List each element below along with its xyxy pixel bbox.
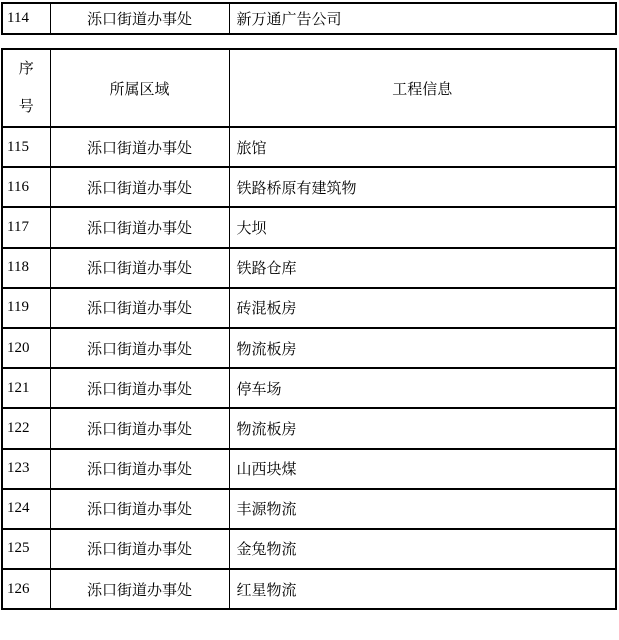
table-row: 120 泺口街道办事处 物流板房 <box>2 328 616 368</box>
info-cell: 物流板房 <box>229 408 616 448</box>
row-number-cell: 124 <box>2 489 50 529</box>
row-number-cell: 121 <box>2 368 50 408</box>
main-table-body: 115 泺口街道办事处 旅馆 116 泺口街道办事处 铁路桥原有建筑物 117 … <box>2 127 616 609</box>
info-cell: 铁路仓库 <box>229 248 616 288</box>
header-serial-number: 序号 <box>2 49 50 127</box>
info-cell: 大坝 <box>229 207 616 247</box>
table-row: 124 泺口街道办事处 丰源物流 <box>2 489 616 529</box>
area-cell: 泺口街道办事处 <box>50 489 229 529</box>
table-row: 119 泺口街道办事处 砖混板房 <box>2 288 616 328</box>
row-number-cell: 123 <box>2 449 50 489</box>
row-number-cell: 116 <box>2 167 50 207</box>
area-cell: 泺口街道办事处 <box>50 368 229 408</box>
table-row: 118 泺口街道办事处 铁路仓库 <box>2 248 616 288</box>
area-cell: 泺口街道办事处 <box>50 328 229 368</box>
area-cell: 泺口街道办事处 <box>50 167 229 207</box>
info-cell: 红星物流 <box>229 569 616 609</box>
table-row: 115 泺口街道办事处 旅馆 <box>2 127 616 167</box>
row-number-cell: 119 <box>2 288 50 328</box>
area-cell: 泺口街道办事处 <box>50 408 229 448</box>
area-cell: 泺口街道办事处 <box>50 529 229 569</box>
info-cell: 新万通广告公司 <box>229 3 616 34</box>
area-cell: 泺口街道办事处 <box>50 569 229 609</box>
table-row: 122 泺口街道办事处 物流板房 <box>2 408 616 448</box>
header-project-info: 工程信息 <box>229 49 616 127</box>
info-cell: 丰源物流 <box>229 489 616 529</box>
area-cell: 泺口街道办事处 <box>50 288 229 328</box>
row-number-cell: 117 <box>2 207 50 247</box>
info-cell: 停车场 <box>229 368 616 408</box>
table-row: 126 泺口街道办事处 红星物流 <box>2 569 616 609</box>
table-row: 125 泺口街道办事处 金兔物流 <box>2 529 616 569</box>
row-number-cell: 115 <box>2 127 50 167</box>
area-cell: 泺口街道办事处 <box>50 127 229 167</box>
area-cell: 泺口街道办事处 <box>50 207 229 247</box>
info-cell: 山西块煤 <box>229 449 616 489</box>
row-number-cell: 114 <box>2 3 50 34</box>
info-cell: 物流板房 <box>229 328 616 368</box>
info-cell: 砖混板房 <box>229 288 616 328</box>
area-cell: 泺口街道办事处 <box>50 449 229 489</box>
table-row: 114 泺口街道办事处 新万通广告公司 <box>2 3 616 34</box>
header-serial-number-label: 序号 <box>19 50 34 126</box>
table-fragment-previous-page: 114 泺口街道办事处 新万通广告公司 <box>1 2 617 35</box>
header-area: 所属区域 <box>50 49 229 127</box>
document-page: 114 泺口街道办事处 新万通广告公司 序号 所属区域 工程信息 115 泺口街… <box>0 0 619 640</box>
row-number-cell: 122 <box>2 408 50 448</box>
area-cell: 泺口街道办事处 <box>50 248 229 288</box>
header-row: 序号 所属区域 工程信息 <box>2 49 616 127</box>
info-cell: 铁路桥原有建筑物 <box>229 167 616 207</box>
area-cell: 泺口街道办事处 <box>50 3 229 34</box>
row-number-cell: 126 <box>2 569 50 609</box>
table-row: 117 泺口街道办事处 大坝 <box>2 207 616 247</box>
project-info-table: 序号 所属区域 工程信息 115 泺口街道办事处 旅馆 116 泺口街道办事处 … <box>1 48 617 610</box>
row-number-cell: 125 <box>2 529 50 569</box>
table-row: 121 泺口街道办事处 停车场 <box>2 368 616 408</box>
info-cell: 旅馆 <box>229 127 616 167</box>
row-number-cell: 118 <box>2 248 50 288</box>
row-number-cell: 120 <box>2 328 50 368</box>
table-row: 116 泺口街道办事处 铁路桥原有建筑物 <box>2 167 616 207</box>
info-cell: 金兔物流 <box>229 529 616 569</box>
table-row: 123 泺口街道办事处 山西块煤 <box>2 449 616 489</box>
